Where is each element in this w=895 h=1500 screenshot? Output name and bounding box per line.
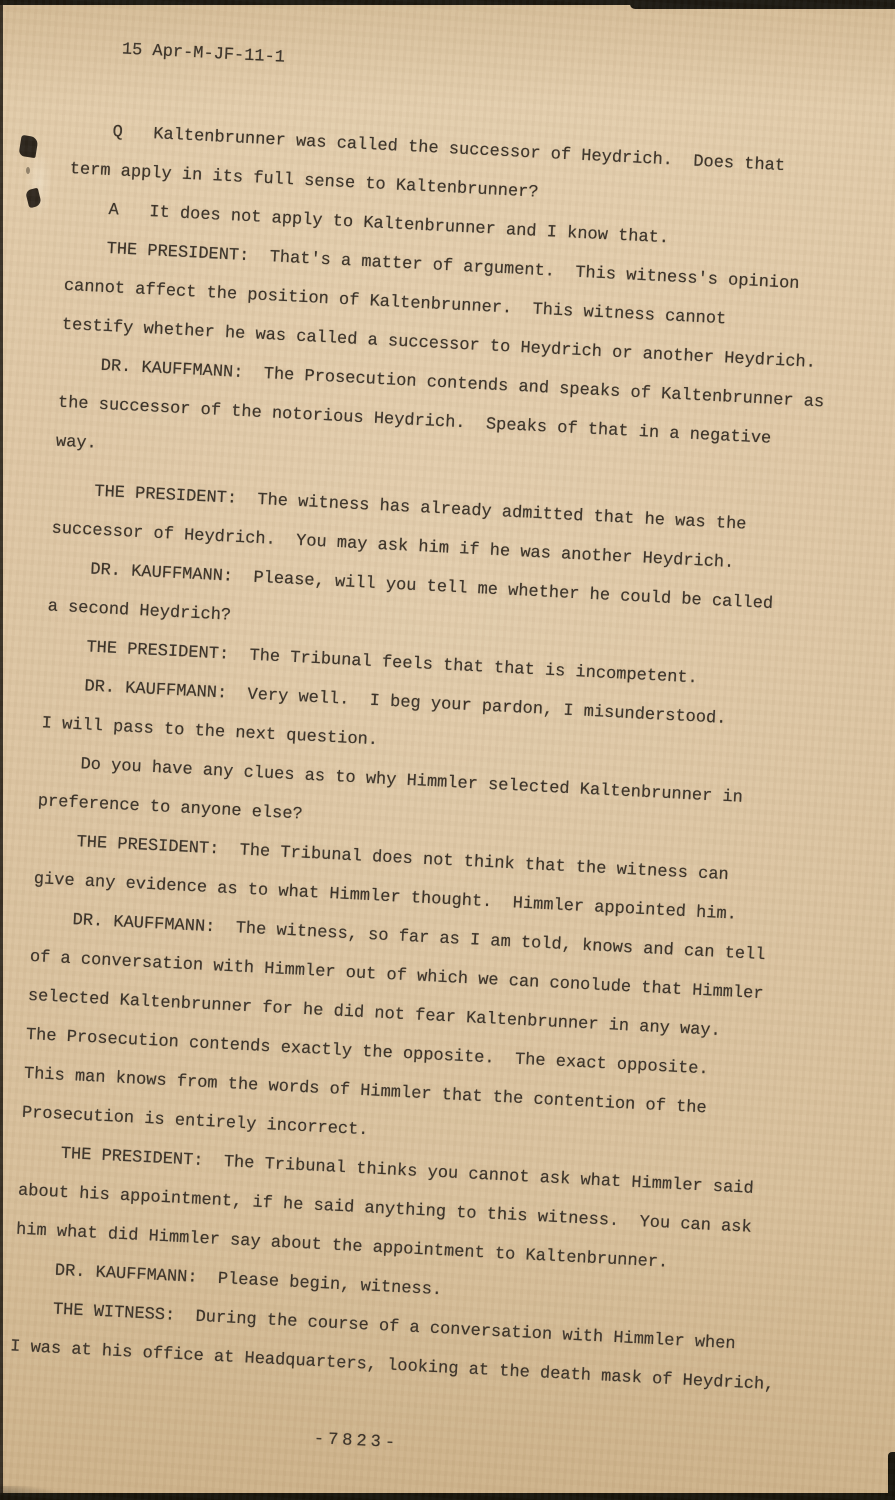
scan-edge-left xyxy=(0,0,3,1500)
scan-edge-bottom xyxy=(0,1493,895,1500)
transcript-paragraph: DR. KAUFFMANN: The witness, so far as I … xyxy=(21,899,804,1172)
transcript-body: Q Kaltenbrunner was called the successor… xyxy=(9,111,844,1405)
scan-edge-top-right xyxy=(630,0,895,9)
ink-blot-mark xyxy=(18,135,38,158)
ink-speck xyxy=(26,167,30,174)
typewritten-text-block: 15 Apr-M-JF-11-1 Q Kaltenbrunner was cal… xyxy=(0,26,846,1482)
page-number: -7823- xyxy=(313,1420,776,1482)
document-header-code: 15 Apr-M-JF-11-1 xyxy=(121,30,846,106)
scanned-page: 15 Apr-M-JF-11-1 Q Kaltenbrunner was cal… xyxy=(0,0,895,1500)
